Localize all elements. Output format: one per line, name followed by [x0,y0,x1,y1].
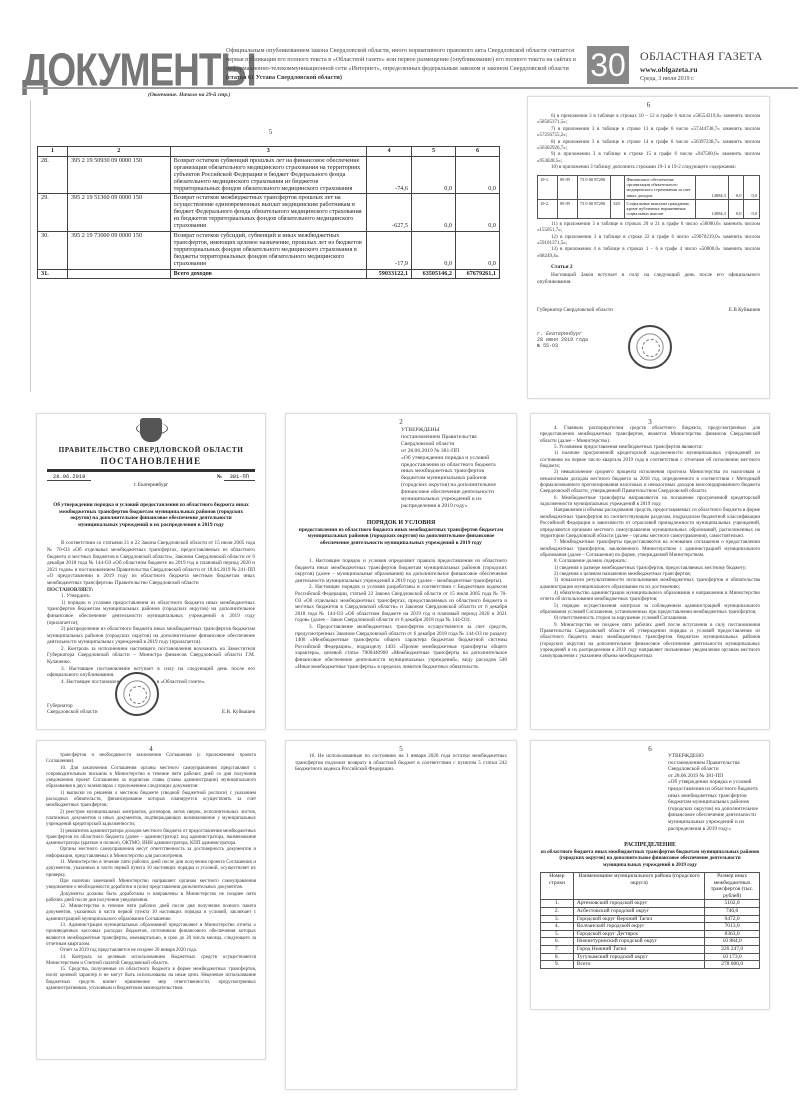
cell-v1: 14084,3 [695,175,728,199]
row-number: 31. [38,269,68,279]
transfer-amount: 10 173,0 [705,953,760,961]
paragraph: 9. Министерство не позднее пяти рабочих … [540,623,760,661]
row-number: 1. [541,900,574,908]
column-header: 2 [67,147,170,157]
sheet-page-number: 3 [540,418,760,426]
amount-cell: 63505146,2 [412,269,456,279]
municipality-name: Артемовский городской округ [573,900,704,908]
document-type: ПОСТАНОВЛЕНИЕ [47,456,255,466]
table-row: 29.395 2 19 51360 09 0000 150Возврат ост… [38,194,500,232]
paragraph: 10. Для заключения Соглашения органы мес… [46,766,256,791]
amendment-item: 7) в приложении 3 в таблице в строке 13 … [537,127,760,140]
budget-code: 395 2 19 73000 09 0000 150 [67,231,170,269]
amount-cell: 0,0 [456,156,500,194]
paragraph: 4. Главным распорядителем средств област… [540,426,760,445]
amendment-item: 9) в приложении 3 в таблице в строке 15 … [537,152,760,165]
transfer-amount: 746,0 [705,907,760,915]
paragraph: Органы местного самоуправления несут отв… [46,847,256,860]
paragraph: 1. Настоящие порядок и условия определяю… [295,558,507,584]
amount-cell: 59033122,1 [367,269,412,279]
row-number: 6. [541,938,574,946]
column-header: 1 [38,147,68,157]
income-name: Возврат остатков межбюджетных трансферто… [170,194,366,232]
row-number: 28. [38,156,68,194]
total-row: 31.Всего доходов59033122,163505146,26767… [38,269,500,279]
column-header: Размер иных межбюджетных трансфертов (ты… [705,873,760,900]
cell-v3: 0,0 [744,175,760,199]
table-row: 5.Городской округ Дегтярск8363,0 [541,930,760,938]
row-number: 8. [541,953,574,961]
sheet-resolution: ПРАВИТЕЛЬСТВО СВЕРДЛОВСКОЙ ОБЛАСТИ ПОСТА… [36,413,266,730]
table-header-row: Номер строкиНаименование муниципального … [541,873,760,900]
issue-date: Среда, 3 июля 2019 г. [640,76,694,82]
income-name: Возврат остатков субсидий, субвенций и и… [170,231,366,269]
municipality-name: Волчанский городской округ [573,923,704,931]
resolution-date: 28.06.2019 [47,474,91,481]
row-number: 2. [541,907,574,915]
transfer-amount: 7013,0 [705,923,760,931]
resolution-preamble: В соответствии со статьями 21 и 22 Закон… [47,540,255,586]
paragraph: 1) наличие просроченной кредиторской зад… [540,451,760,470]
paragraph: Документы должны быть доработаны и напра… [46,892,256,905]
transfer-amount: 10 884,0 [705,938,760,946]
sheet-procedure-page-2: 2 УТВЕРЖДЕНЫ постановлением Правительств… [285,413,517,730]
table-row: 7.Город Нижний Тагил226 247,0 [541,945,760,953]
signer-name: Е.В.Куйвашев [729,307,760,313]
municipality-name: Асбестовский городской округ [573,907,704,915]
row-number: 4. [541,923,574,931]
paragraph: 15. Средства, полученные из областного б… [46,967,256,992]
resolution-point: 2) распределение из областного бюджета и… [47,626,255,646]
cell-v1: 14084,3 [695,199,728,218]
paragraph: 1) сведения о размере межбюджетных транс… [540,566,760,572]
column-header: Наименование муниципального района (горо… [573,873,704,900]
paragraph: 6. Межбюджетные трансферты направляются … [540,496,760,509]
paragraph: 5) порядок осуществления контроля за соб… [540,604,760,617]
sheet-page-number: 5 [295,745,507,753]
column-header: 6 [456,147,500,157]
cell-v2: 0,0 [728,199,744,218]
paragraph: 3) показатели результативности использов… [540,578,760,591]
cell-sect: 09 09 [557,199,577,218]
cell-kind: 320 [611,199,624,218]
municipality-name: Тугулымский городской округ [573,953,704,961]
cell-kind [611,175,624,199]
official-seal-icon [115,672,159,716]
paragraph: 1) выписки из решения о местном бюджете … [46,791,256,810]
coat-of-arms-icon [140,418,162,442]
amount-cell: -17,9 [367,231,412,269]
procedure-subheading: предоставления из областного бюджета ины… [295,527,507,546]
resolution-title: Об утверждении порядка и условий предост… [51,502,251,528]
cell-name: Финансовое обеспечение организации обяза… [624,175,695,199]
sheet-page-number: 6 [540,745,760,753]
paragraph: 3) реквизитов администратора доходов мес… [46,829,256,848]
transfer-amount: 278 000,0 [705,961,760,969]
budget-code: 395 2 19 50930 09 0000 150 [67,156,170,194]
sheet-income-table: 5 123456 28.395 2 19 50930 09 0000 150Во… [30,100,510,392]
decree-word: ПОСТАНОВЛЯЕТ: [47,587,255,594]
sheet-procedure-page-4: 4 трансфертов и необходимости заключения… [36,740,266,1060]
approval-block: УТВЕРЖДЕНО постановлением Правительства … [668,753,760,832]
budget-code: 395 2 19 51360 09 0000 150 [67,194,170,232]
paragraph: Направления и объемы расходования средст… [540,508,760,540]
amount-cell: 0,0 [456,231,500,269]
income-table: 123456 28.395 2 19 50930 09 0000 150Возв… [37,146,500,279]
distribution-table: Номер строкиНаименование муниципального … [540,872,760,969]
cell-sect: 09 09 [557,175,577,199]
row-number: 30. [38,231,68,269]
paragraph: 2) невыполнение среднего процента исполн… [540,470,760,495]
transfer-amount: 8363,0 [705,930,760,938]
procedure-heading: ПОРЯДОК И УСЛОВИЯ [295,520,507,527]
transfer-amount: 226 247,0 [705,945,760,953]
cell-v2: 0,0 [728,175,744,199]
row-number: 29. [38,194,68,232]
amendment-item: 12) в приложении 3 в таблице в строке 22… [537,235,760,248]
amount-cell: 0,0 [412,194,456,232]
paragraph: 13. Администрации муниципальных образова… [46,923,256,948]
paragraph: трансфертов и необходимости заключения С… [46,753,256,766]
paragraph: 16. Не использованные по состоянию на 1 … [295,753,507,773]
municipality-name: Нижнетуринский городской округ [573,938,704,946]
resolution-number: 381-ПП [224,474,255,481]
amount-cell: -627,5 [367,194,412,232]
income-name: Всего доходов [170,269,366,279]
newspaper-name: ОБЛАСТНАЯ ГАЗЕТА [640,49,763,64]
cell-name: Социальные выплаты гражданам, кроме публ… [624,199,695,218]
paragraph: 14. Контроль за целевым использованием б… [46,955,256,968]
amount-cell: 67679261,1 [456,269,500,279]
paragraph: 7. Межбюджетные трансферты предоставляют… [540,540,760,559]
column-header: 5 [412,147,456,157]
row-number: 3. [541,915,574,923]
row-number: 7. [541,945,574,953]
amount-cell: 0,0 [412,156,456,194]
paragraph: 2. Настоящие порядок и условия разработа… [295,584,507,624]
row-number: 9. [541,961,574,969]
amount-cell: -74,6 [367,156,412,194]
cell-code: 73 0 00 87200 [577,175,610,199]
paragraph: При наличии замечаний Министерство напра… [46,879,256,892]
budget-code [67,269,170,279]
income-name: Возврат остатков субвенций прошлых лет н… [170,156,366,194]
signature-block: Губернатор Свердловской области Е.В.Куйв… [537,307,760,313]
approval-block: УТВЕРЖДЕНЫ постановлением Правительства … [401,427,507,510]
signer-title: Губернатор Свердловской области [537,307,613,313]
paragraph: 2) реестров муниципальных контрактов, до… [46,810,256,829]
paragraph: 3. Предоставление межбюджетных трансферт… [295,624,507,670]
resolution-city: г. Екатеринбург [47,482,255,488]
publication-notice: Официальным опубликованием закона Свердл… [226,46,586,82]
amendment-item: 13) в приложении 4 в таблице в строках 1… [537,247,760,260]
masthead: ДОКУМЕНТЫ Официальным опубликованием зак… [0,0,800,90]
website-link[interactable]: www.oblgazeta.ru [640,65,698,74]
sheet-page-number: 4 [46,745,256,753]
table-row: 19-2.09 0973 0 00 87200320Социальные вып… [538,199,760,218]
table-row: 30.395 2 19 73000 09 0000 150Возврат ост… [38,231,500,269]
government-title: ПРАВИТЕЛЬСТВО СВЕРДЛОВСКОЙ ОБЛАСТИ [47,446,255,454]
table-row: 19-1.09 0973 0 00 87200Финансовое обеспе… [538,175,760,199]
official-seal-icon [628,325,672,369]
amount-cell: 0,0 [412,231,456,269]
municipality-name: Городской округ Дегтярск [573,930,704,938]
table-row: 4.Волчанский городской округ7013,0 [541,923,760,931]
sheet-distribution: 6 УТВЕРЖДЕНО постановлением Правительств… [530,740,770,1010]
column-header: 4 [367,147,412,157]
amendment-item: 10) в приложении 3 таблицу дополнить стр… [537,165,760,171]
transfer-amount: 5102,0 [705,900,760,908]
sheet-law-amendments: 6 6) в приложении 3 в таблице в строках … [527,96,770,399]
table-row: 8.Тугулымский городской округ10 173,0 [541,953,760,961]
cell-no: 19-2. [538,199,558,218]
page-number: 30 [587,46,629,84]
sheet-page-number: 2 [295,418,507,426]
header-divider [22,87,798,89]
sheet-procedure-page-5: 5 16. Не использованные по состоянию на … [285,740,517,1090]
resolution-point: 1) порядок и условия предоставления из о… [47,600,255,626]
amendment-item: 6) в приложении 3 в таблице в строках 10… [537,114,760,127]
row-number: 5. [541,930,574,938]
column-header: Номер строки [541,873,574,900]
cell-v3: 0,0 [744,199,760,218]
table-row: 9.Всего278 000,0 [541,961,760,969]
table-header-row: 123456 [38,147,500,157]
continuation-note: (Окончание. Начало на 29-й стр.) [148,92,230,98]
sheet-page-number: 5 [31,128,510,136]
resolution-point: 1. Утвердить: [47,593,255,600]
table-row: 2.Асбестовский городской округ746,0 [541,907,760,915]
article-title: Статья 2 [551,264,760,270]
municipality-name: Всего [573,961,704,969]
signer-name: Е.В. Куйвашев [222,709,255,715]
municipality-name: Городской округ Верхний Тагил [573,915,704,923]
municipality-name: Город Нижний Тагил [573,945,704,953]
amount-cell: 0,0 [456,194,500,232]
resolution-point: 2. Контроль за исполнением настоящего по… [47,646,255,666]
table-row: 1.Артемовский городской округ5102,0 [541,900,760,908]
paragraph: 12. Министерство в течение пяти рабочих … [46,904,256,923]
cell-code: 73 0 00 87200 [577,199,610,218]
title-divider [47,469,255,472]
table-row: 28.395 2 19 50930 09 0000 150Возврат ост… [38,156,500,194]
amendment-item: 11) в приложении 3 в таблице в строках 2… [537,222,760,235]
paragraph: 11. Министерство в течение пяти рабочих … [46,860,256,879]
table-row: 3.Городской округ Верхний Тагил9472,0 [541,915,760,923]
amendment-table: 19-1.09 0973 0 00 87200Финансовое обеспе… [537,175,760,219]
sheet-procedure-page-3: 3 4. Главным распорядителем средств обла… [530,413,770,730]
cell-no: 19-1. [538,175,558,199]
column-header: 3 [170,147,366,157]
table-row: 6.Нижнетуринский городской округ10 884,0 [541,938,760,946]
transfer-amount: 9472,0 [705,915,760,923]
sheet-page-number: 6 [537,101,760,109]
distribution-subheading: из областного бюджета иных межбюджетных … [540,849,760,868]
article-text: Настоящий Закон вступает в силу на следу… [537,272,760,285]
amendment-item: 8) в приложении 3 в таблице в строке 14 … [537,140,760,153]
paragraph: 4) обязательство администрации муниципал… [540,591,760,604]
